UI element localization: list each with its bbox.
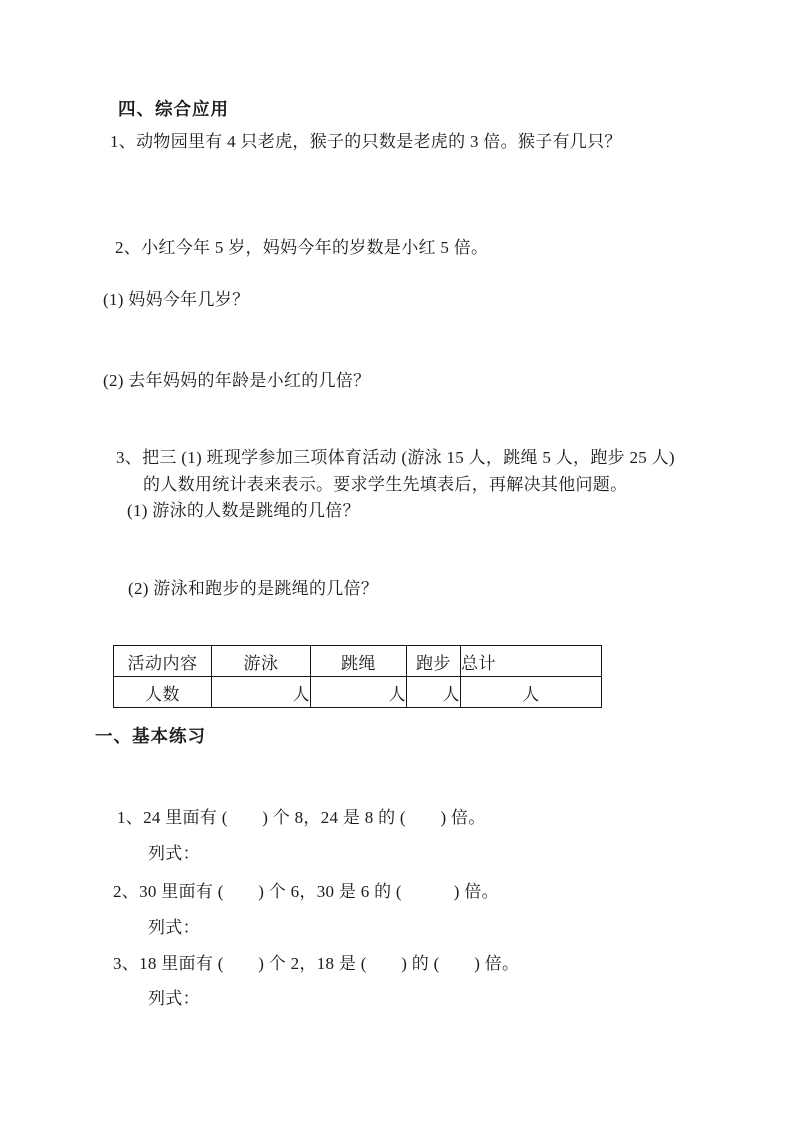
question-1-2: 2、30 里面有 ( ) 个 6，30 是 6 的 ( ) 倍。 xyxy=(113,881,499,903)
header-cell-swimming: 游泳 xyxy=(212,646,311,677)
header-cell-running: 跑步 xyxy=(407,646,461,677)
section-4-heading: 四、综合应用 xyxy=(118,99,229,121)
row-cell-total: 人 xyxy=(461,677,602,708)
activity-statistics-table: 活动内容 游泳 跳绳 跑步 总计 人数 人 人 人 人 xyxy=(113,645,602,708)
worksheet-page: 四、综合应用 1、动物园里有 4 只老虎，猴子的只数是老虎的 3 倍。猴子有几只… xyxy=(0,0,793,1122)
question-1-3: 3、18 里面有 ( ) 个 2，18 是 ( ) 的 ( ) 倍。 xyxy=(113,953,519,975)
question-1-3-lieshi: 列式： xyxy=(148,988,200,1010)
row-cell-swimming: 人 xyxy=(212,677,311,708)
question-4-3-line-1: 3、把三 (1) 班现学参加三项体育活动 (游泳 15 人，跳绳 5 人，跑步 … xyxy=(116,447,675,469)
row-cell-label: 人数 xyxy=(114,677,212,708)
header-cell-activity: 活动内容 xyxy=(114,646,212,677)
question-1-2-lieshi: 列式： xyxy=(148,917,200,939)
question-1-1: 1、24 里面有 ( ) 个 8，24 是 8 的 ( ) 倍。 xyxy=(117,807,486,829)
row-cell-running: 人 xyxy=(407,677,461,708)
row-cell-rope: 人 xyxy=(311,677,407,708)
question-4-2-sub-1: (1) 妈妈今年几岁？ xyxy=(103,289,249,311)
header-cell-total: 总计 xyxy=(461,646,602,677)
question-4-2-sub-2: (2) 去年妈妈的年龄是小红的几倍？ xyxy=(103,370,370,392)
table-header-row: 活动内容 游泳 跳绳 跑步 总计 xyxy=(114,646,602,677)
question-4-3-line-2: 的人数用统计表来表示。要求学生先填表后，再解决其他问题。 xyxy=(143,474,627,496)
question-4-1: 1、动物园里有 4 只老虎，猴子的只数是老虎的 3 倍。猴子有几只？ xyxy=(110,131,622,153)
section-1-heading: 一、基本练习 xyxy=(95,726,206,748)
question-1-1-lieshi: 列式： xyxy=(148,843,200,865)
question-4-3-sub-2: (2) 游泳和跑步的是跳绳的几倍？ xyxy=(128,578,378,600)
header-cell-rope: 跳绳 xyxy=(311,646,407,677)
question-4-2: 2、小红今年 5 岁，妈妈今年的岁数是小红 5 倍。 xyxy=(115,237,488,259)
question-4-3-sub-1: (1) 游泳的人数是跳绳的几倍？ xyxy=(127,500,360,522)
table-row: 人数 人 人 人 人 xyxy=(114,677,602,708)
